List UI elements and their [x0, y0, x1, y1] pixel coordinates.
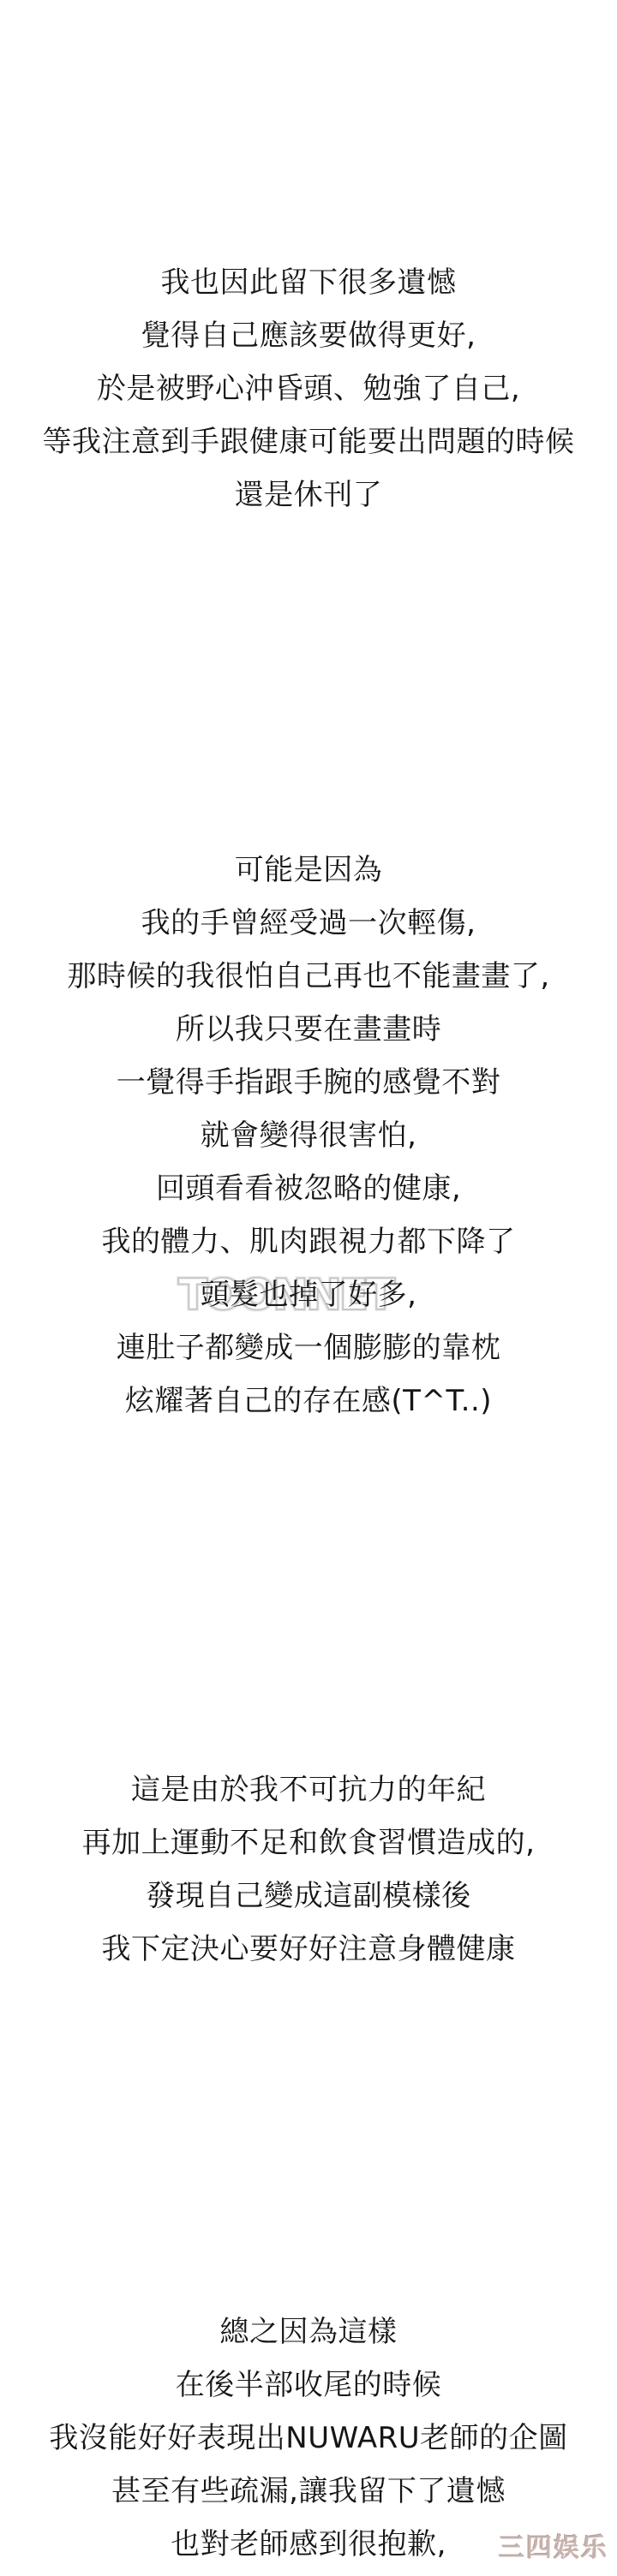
paragraph-block-2: 可能是因為 我的手曾經受過一次輕傷, 那時候的我很怕自己再也不能畫畫了, 所以我…	[0, 844, 617, 1428]
afterword-line: 我的手曾經受過一次輕傷,	[0, 897, 617, 950]
afterword-line: 發現自己變成這副模樣後	[0, 1869, 617, 1923]
afterword-line: 總之因為這樣	[0, 2305, 617, 2358]
afterword-line: 所以我只要在畫畫時	[0, 1003, 617, 1056]
afterword-line: 可能是因為	[0, 844, 617, 897]
afterword-line: 於是被野心沖昏頭、勉強了自己,	[0, 362, 617, 415]
afterword-line: 覺得自己應該要做得更好,	[0, 309, 617, 362]
afterword-line: 就會變得很害怕,	[0, 1109, 617, 1162]
afterword-line: 一覺得手指跟手腕的感覺不對	[0, 1056, 617, 1109]
afterword-line: 我下定決心要好好注意身體健康	[0, 1923, 617, 1976]
afterword-line: 這是由於我不可抗力的年紀	[0, 1763, 617, 1816]
afterword-line: 回頭看看被忽略的健康,	[0, 1162, 617, 1215]
afterword-line: 炫耀著自己的存在感(T^T..)	[0, 1374, 617, 1428]
paragraph-block-1: 我也因此留下很多遺憾 覺得自己應該要做得更好, 於是被野心沖昏頭、勉強了自己, …	[0, 256, 617, 522]
afterword-line: 我沒能好好表現出NUWARU老師的企圖	[0, 2412, 617, 2465]
afterword-line: 再加上運動不足和飲食習慣造成的,	[0, 1816, 617, 1869]
afterword-line: 我也因此留下很多遺憾	[0, 256, 617, 309]
afterword-line: 我的體力、肌肉跟視力都下降了	[0, 1215, 617, 1268]
afterword-line: 在後半部收尾的時候	[0, 2358, 617, 2412]
site-watermark: 三四娱乐	[499, 2530, 608, 2567]
afterword-page: TOONNET 我也因此留下很多遺憾 覺得自己應該要做得更好, 於是被野心沖昏頭…	[0, 0, 617, 2576]
afterword-line: 等我注意到手跟健康可能要出問題的時候	[0, 415, 617, 468]
paragraph-block-3: 這是由於我不可抗力的年紀 再加上運動不足和飲食習慣造成的, 發現自己變成這副模樣…	[0, 1763, 617, 1976]
afterword-line: 甚至有些疏漏,讓我留下了遺憾	[0, 2465, 617, 2518]
afterword-line: 連肚子都變成一個膨膨的靠枕	[0, 1321, 617, 1374]
afterword-line: 那時候的我很怕自己再也不能畫畫了,	[0, 950, 617, 1003]
afterword-line: 還是休刊了	[0, 468, 617, 522]
afterword-line: 頭髮也掉了好多,	[0, 1268, 617, 1321]
